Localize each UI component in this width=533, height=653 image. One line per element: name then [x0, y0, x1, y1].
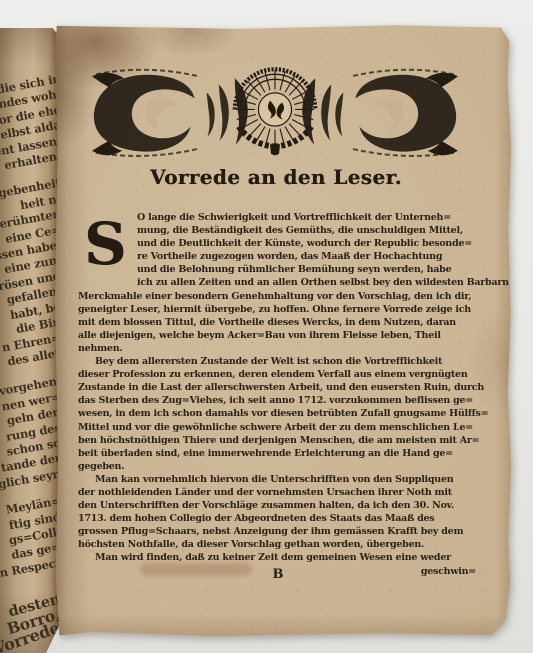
text-line: alle diejenigen, welche beym Acker=Bau v… — [78, 329, 478, 342]
text-line: Bey dem allerersten Zustande der Welt is… — [78, 355, 478, 368]
text-line: geneigter Leser, hiermit übergebe, zu ho… — [78, 303, 478, 316]
previous-page-text-fragment: erhalten, — [0, 149, 62, 177]
previous-page-text-fragment: die Bin — [0, 315, 62, 343]
ink-showthrough-smudge — [140, 563, 252, 576]
previous-page-text-fragment: gs=Coll. — [0, 524, 62, 552]
text-line: den Unterschrifften der Vorschläge zusam… — [78, 499, 478, 512]
previous-page-text-fragment: geln den — [0, 405, 62, 433]
page-title: Vorrede an den Leser. — [78, 165, 474, 189]
paragraph-4: Man wird finden, daß zu keiner Zeit dem … — [78, 551, 478, 564]
previous-page-text-fragment: or die ehe — [0, 102, 62, 130]
text-line: O lange die Schwierigkeit und Vortreffli… — [78, 211, 478, 224]
text-line: und die Belohnung rühmlicher Bemühung se… — [78, 263, 478, 276]
paragraph-1: S O lange die Schwierigkeit und Vortreff… — [78, 211, 478, 355]
previous-page-text-fragment: ndes wohl — [0, 87, 62, 115]
headpiece-woodcut-ornament — [86, 64, 464, 159]
previous-page-text-fragment: glich seyn — [0, 466, 62, 494]
text-line: mit dem blossen Tittul, die Vortheile di… — [78, 316, 478, 329]
previous-page-text-fragment: ent lassen, — [0, 133, 62, 161]
page-shadow-wrap: Vorrede an den Leser. S O lange die Schw… — [54, 24, 512, 638]
previous-page-text-fragments: die sich inndes wohlor die eheelbst alda… — [0, 78, 61, 647]
previous-page-text-fragment: tande der — [0, 451, 62, 479]
previous-page-text-fragment: schon so — [0, 435, 62, 463]
text-block: S O lange die Schwierigkeit und Vortreff… — [78, 211, 478, 582]
text-line: gegeben. — [78, 460, 478, 473]
text-line: grossen Pflug=Schaars, nebst Anzeigung d… — [78, 525, 478, 538]
catchword: geschwin= — [421, 566, 476, 577]
previous-page-text-fragment: heit ni — [0, 191, 62, 219]
previous-page-text-fragment: n Ehren= — [0, 330, 62, 358]
text-line: der nothleidenden Länder und der vornehm… — [78, 486, 478, 499]
text-line: nehmen. — [78, 342, 478, 355]
text-line: dieser Profession zu erkennen, deren ele… — [78, 368, 478, 381]
text-line: höchsten Nothfalle, da dieser Vorschlag … — [78, 538, 478, 551]
book-photo: die sich inndes wohlor die eheelbst alda… — [0, 0, 533, 653]
text-line: und die Deutlichkeit der Künste, wodurch… — [78, 237, 478, 250]
previous-page-text-fragment: berühmten — [0, 207, 62, 235]
previous-page-text-fragment: rösen und — [0, 268, 62, 296]
text-line: Merckmahle einer besondern Genehmhaltung… — [78, 290, 478, 303]
previous-page-text-fragment: habt, be — [0, 299, 62, 327]
book-page: Vorrede an den Leser. S O lange die Schw… — [54, 24, 512, 638]
previous-page-text-fragment: rgebenheit — [0, 176, 62, 204]
text-line: mung, die Beständigkeit des Gemüths, die… — [78, 224, 478, 237]
text-line: wesen, in dem ich schon damahls vor dies… — [78, 407, 478, 420]
foliage-sunburst-ornament-icon — [86, 64, 464, 159]
previous-page-text-fragment: eine zum — [0, 253, 62, 281]
previous-page-text-fragment: elbst alda — [0, 118, 62, 146]
previous-page-text-fragment: desten — [0, 592, 62, 627]
previous-page-text-fragment: Vorrede — [0, 620, 61, 653]
paragraph-3: Man kan vornehmlich hiervon die Untersch… — [78, 473, 478, 552]
previous-page-text-fragment: vorgehen, — [0, 374, 62, 402]
previous-page-text-fragment: ssen habe. — [0, 238, 62, 266]
previous-page-text-fragment: gefallen, — [0, 284, 62, 312]
previous-page-text-fragment: nen wer= — [0, 389, 62, 417]
previous-page-text-fragment: n Respect — [0, 555, 62, 583]
signature-mark: B — [273, 567, 284, 582]
paragraph-2: Bey dem allerersten Zustande der Welt is… — [78, 355, 478, 473]
text-line: 1713. dem hohen Collegio der Abgeordnete… — [78, 512, 478, 525]
text-line: Mittel und vor die gewöhnliche schwere A… — [78, 421, 478, 434]
previous-page-text-fragment: Meylän= — [0, 494, 62, 522]
text-line: Man wird finden, daß zu keiner Zeit dem … — [78, 551, 478, 564]
previous-page-text-fragment: rung des — [0, 420, 62, 448]
drop-cap-initial: S — [78, 214, 132, 278]
previous-page-text-fragment: Borro, — [0, 606, 62, 643]
text-line: beit überladen sind, eine immerwehrende … — [78, 447, 478, 460]
text-line: Zustande in die Last der allerschwersten… — [78, 381, 478, 394]
previous-page-text-fragment: das ge= — [0, 540, 62, 568]
text-line: re Vortheile zugezogen worden, das Maaß … — [78, 250, 478, 263]
previous-page-text-fragment: ftig sind — [0, 509, 62, 537]
previous-page-text-fragment: die sich in — [0, 72, 62, 100]
previous-page-text-fragment: eine Ce= — [0, 222, 62, 250]
previous-page-text-fragment: des aller — [0, 345, 62, 373]
text-line: ich zu allen Zeiten und an allen Orthen … — [78, 276, 478, 289]
text-line: das Sterben des Zug=Viehes, ich seit ann… — [78, 394, 478, 407]
text-line: Man kan vornehmlich hiervon die Untersch… — [78, 473, 478, 486]
text-line: ben höchstnöthigen Thiere und derjenigen… — [78, 434, 478, 447]
signature-row: B geschwin= — [78, 566, 478, 582]
